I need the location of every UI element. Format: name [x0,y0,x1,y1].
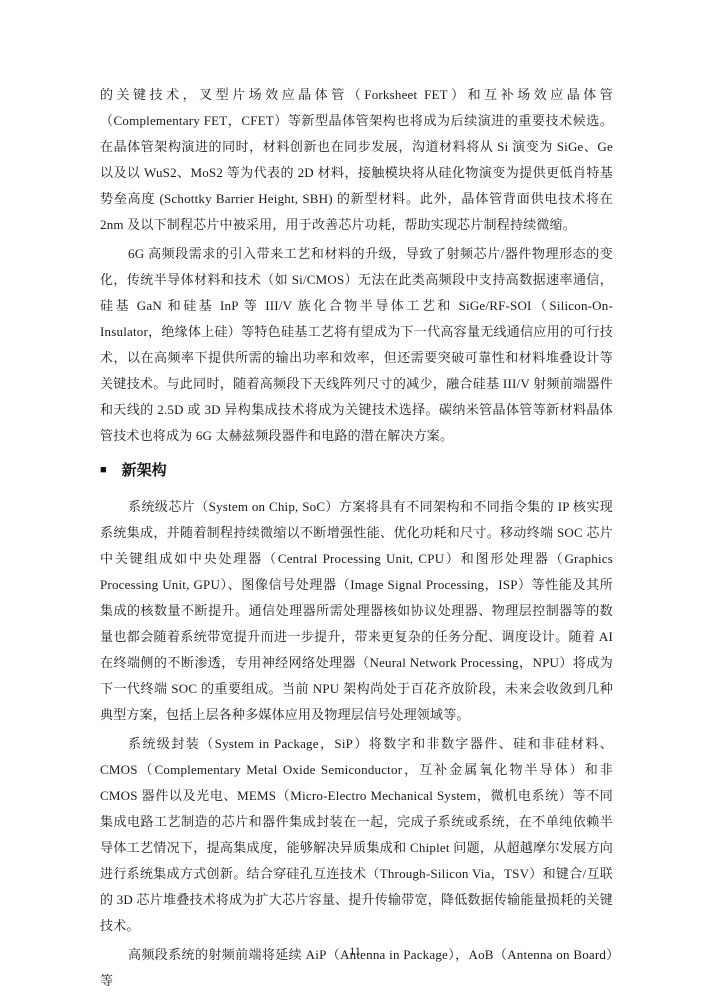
square-bullet-icon: ■ [100,459,107,481]
paragraph: 6G 高频段需求的引入带来工艺和材料的升级，导致了射频芯片/器件物理形态的变化，… [100,241,613,449]
section-heading: ■ 新架构 [100,460,613,482]
paragraph: 系统级芯片（System on Chip, SoC）方案将具有不同架构和不同指令… [100,494,613,728]
paragraph-continuation: 的关键技术，叉型片场效应晶体管（Forksheet FET）和互补场效应晶体管（… [100,82,613,238]
page-number: 11 [349,944,361,958]
page-footer: 11 [0,944,710,959]
paragraph: 系统级封装（System in Package，SiP）将数字和非数字器件、硅和… [100,731,613,939]
section-heading-label: 新架构 [122,460,167,482]
document-page: 的关键技术，叉型片场效应晶体管（Forksheet FET）和互补场效应晶体管（… [0,0,710,1004]
page-body: 的关键技术，叉型片场效应晶体管（Forksheet FET）和互补场效应晶体管（… [100,82,613,997]
